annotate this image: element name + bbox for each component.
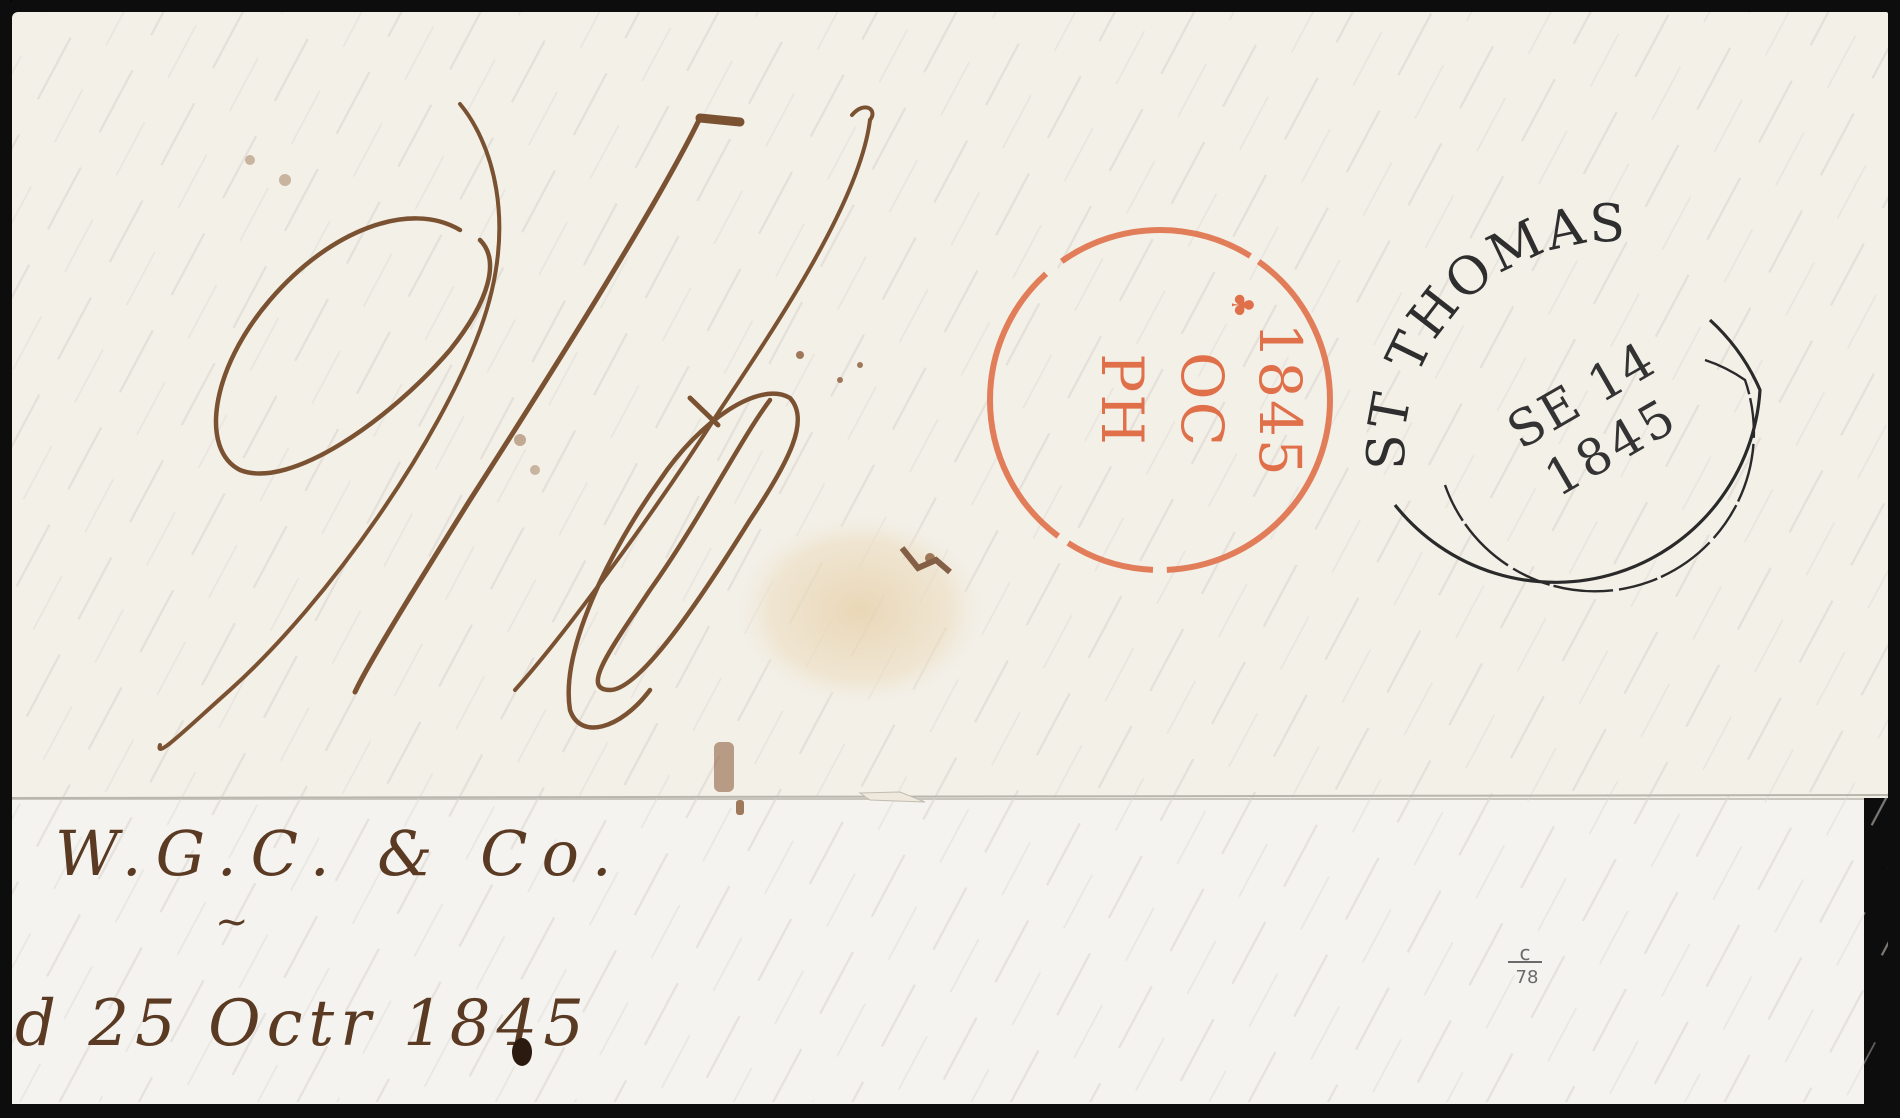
pencil-note: c 78 [0, 0, 1900, 1118]
pencil-note-bottom: 78 [1516, 967, 1539, 988]
